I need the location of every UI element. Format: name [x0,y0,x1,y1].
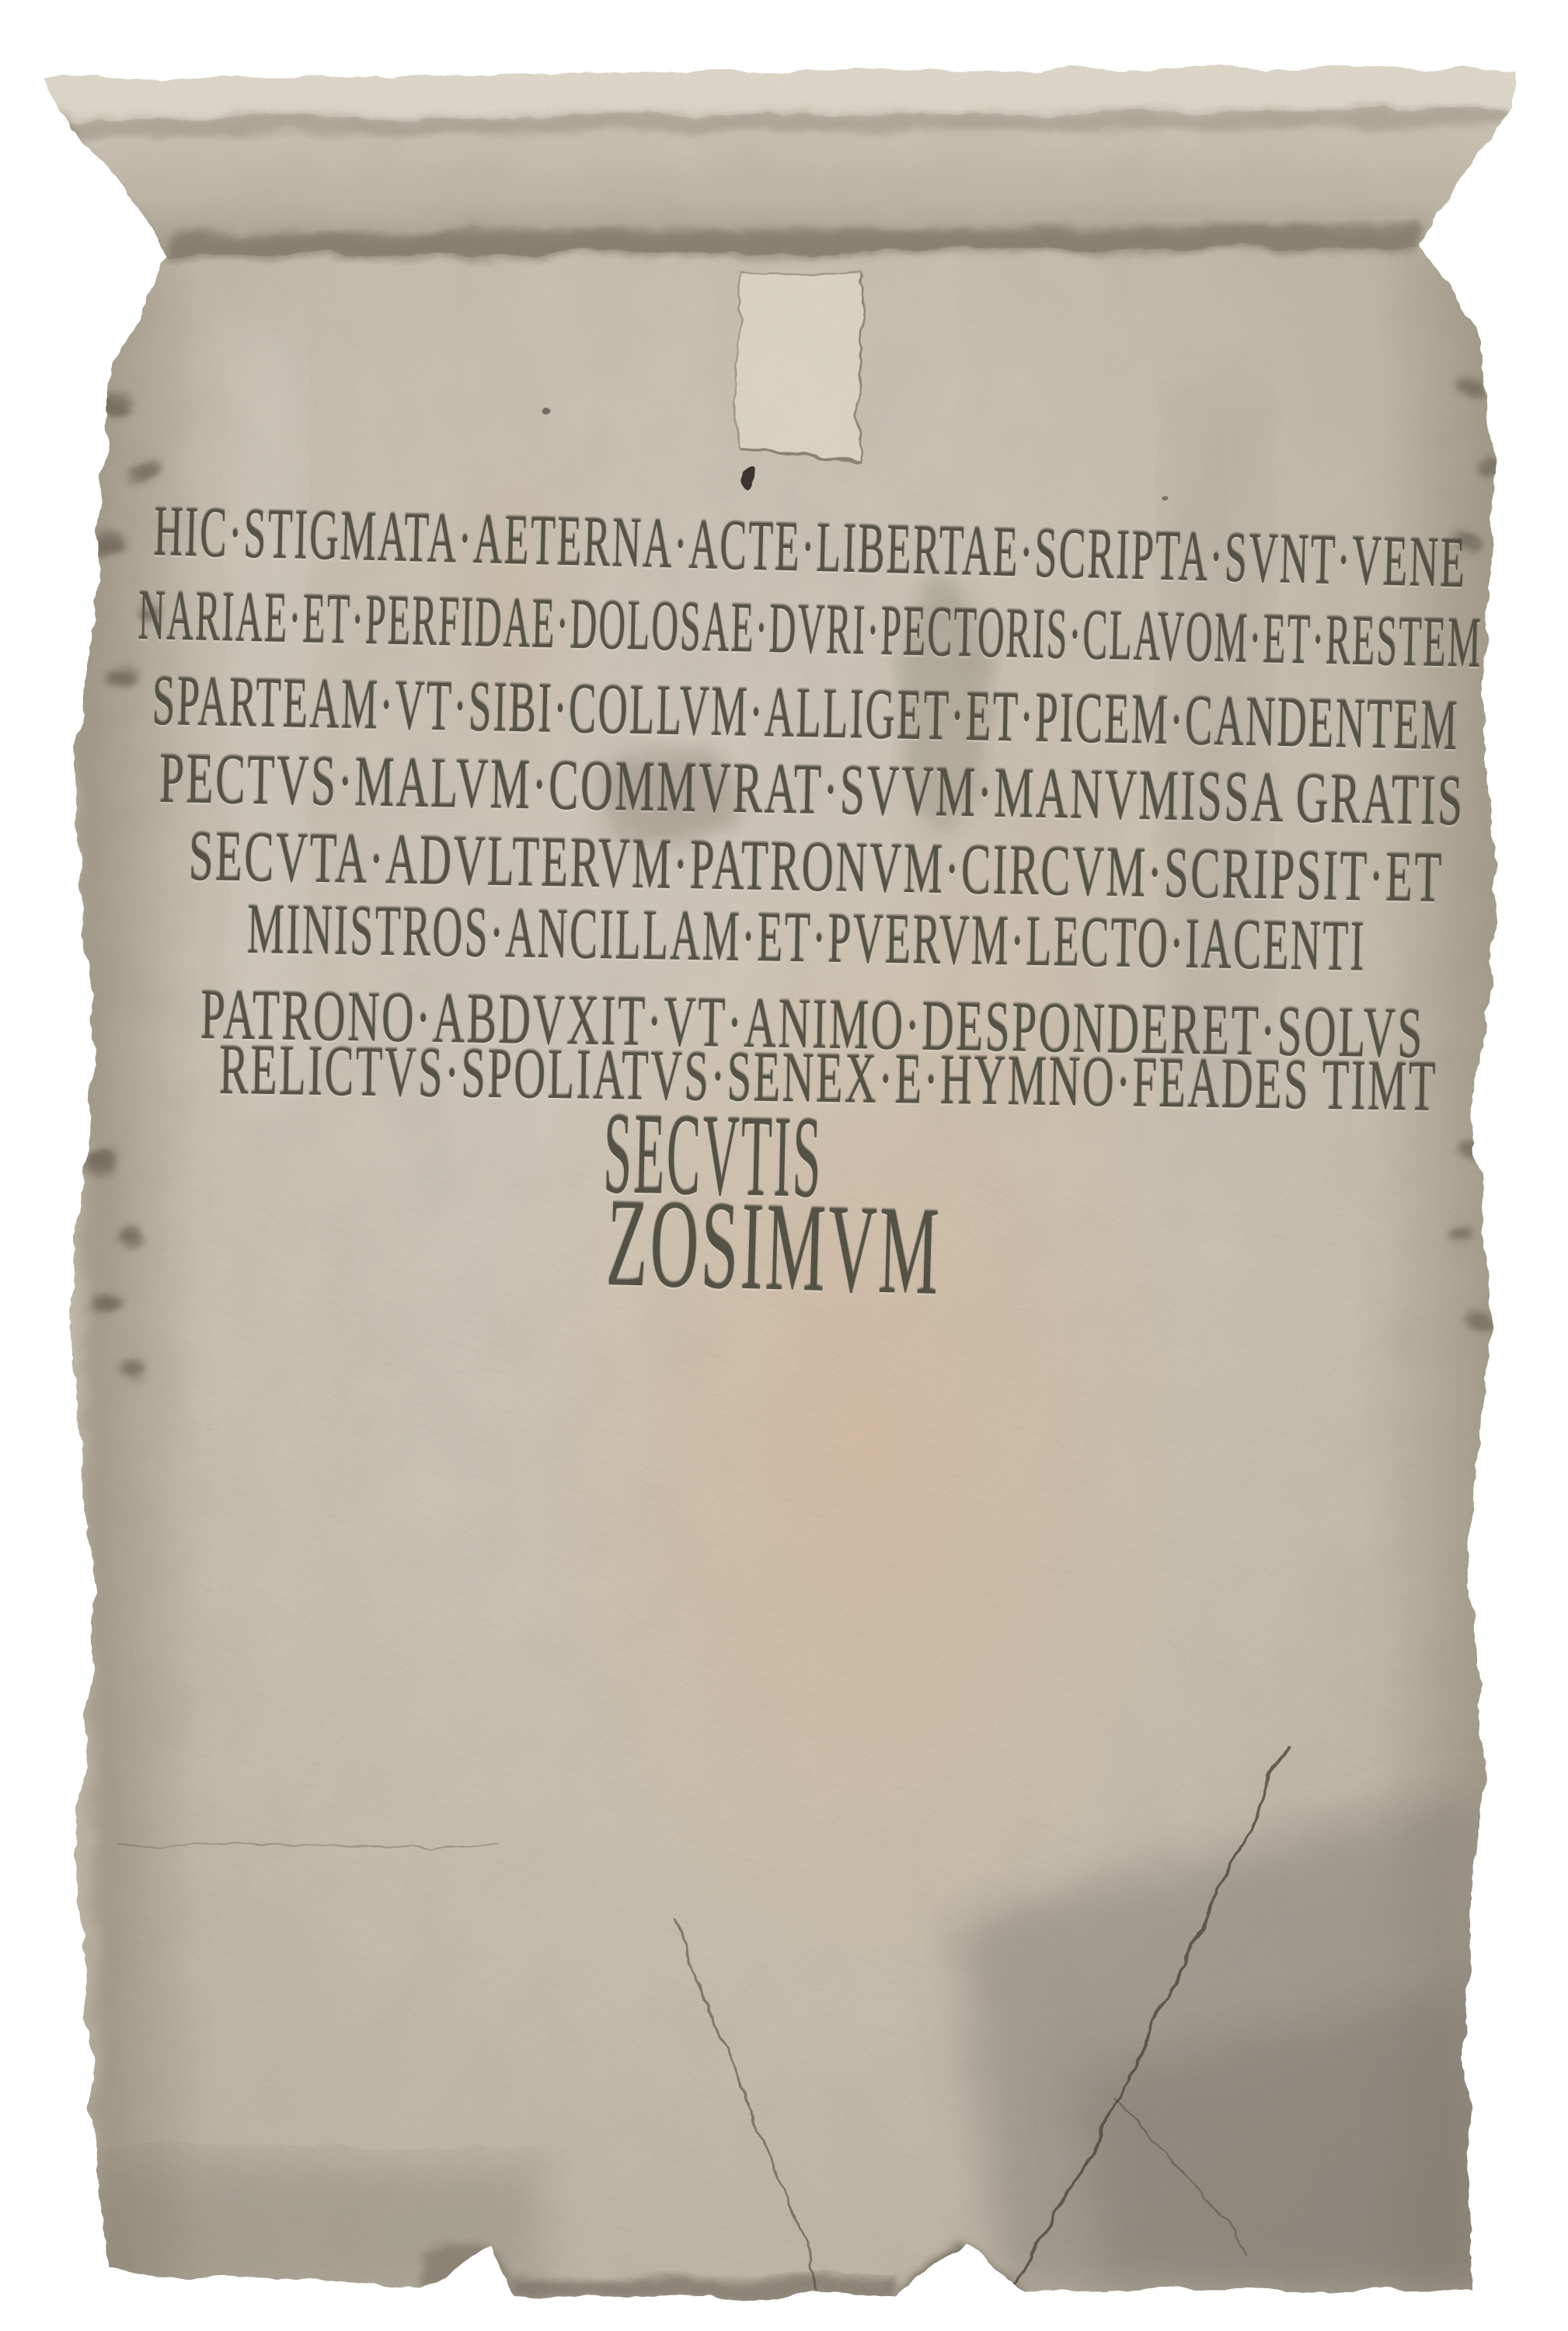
photograph-roman-inscribed-altar: HIC·STIGMATA·AETERNA·ACTE·LIBERTAE·SCRIP… [0,0,1568,2331]
inscription-line-6: MINISTROS·ANCILLAM·ET·PVERVM·LECTO·IACEN… [246,893,1366,982]
inscription-line-10-zosimum: ZOSIMVM [605,1180,943,1315]
latin-inscription: HIC·STIGMATA·AETERNA·ACTE·LIBERTAE·SCRIP… [0,0,1568,2331]
inscription-line-8: RELICTVS·SPOLIATVS·SENEX·E·HYMNO·FEADES … [218,1033,1437,1122]
